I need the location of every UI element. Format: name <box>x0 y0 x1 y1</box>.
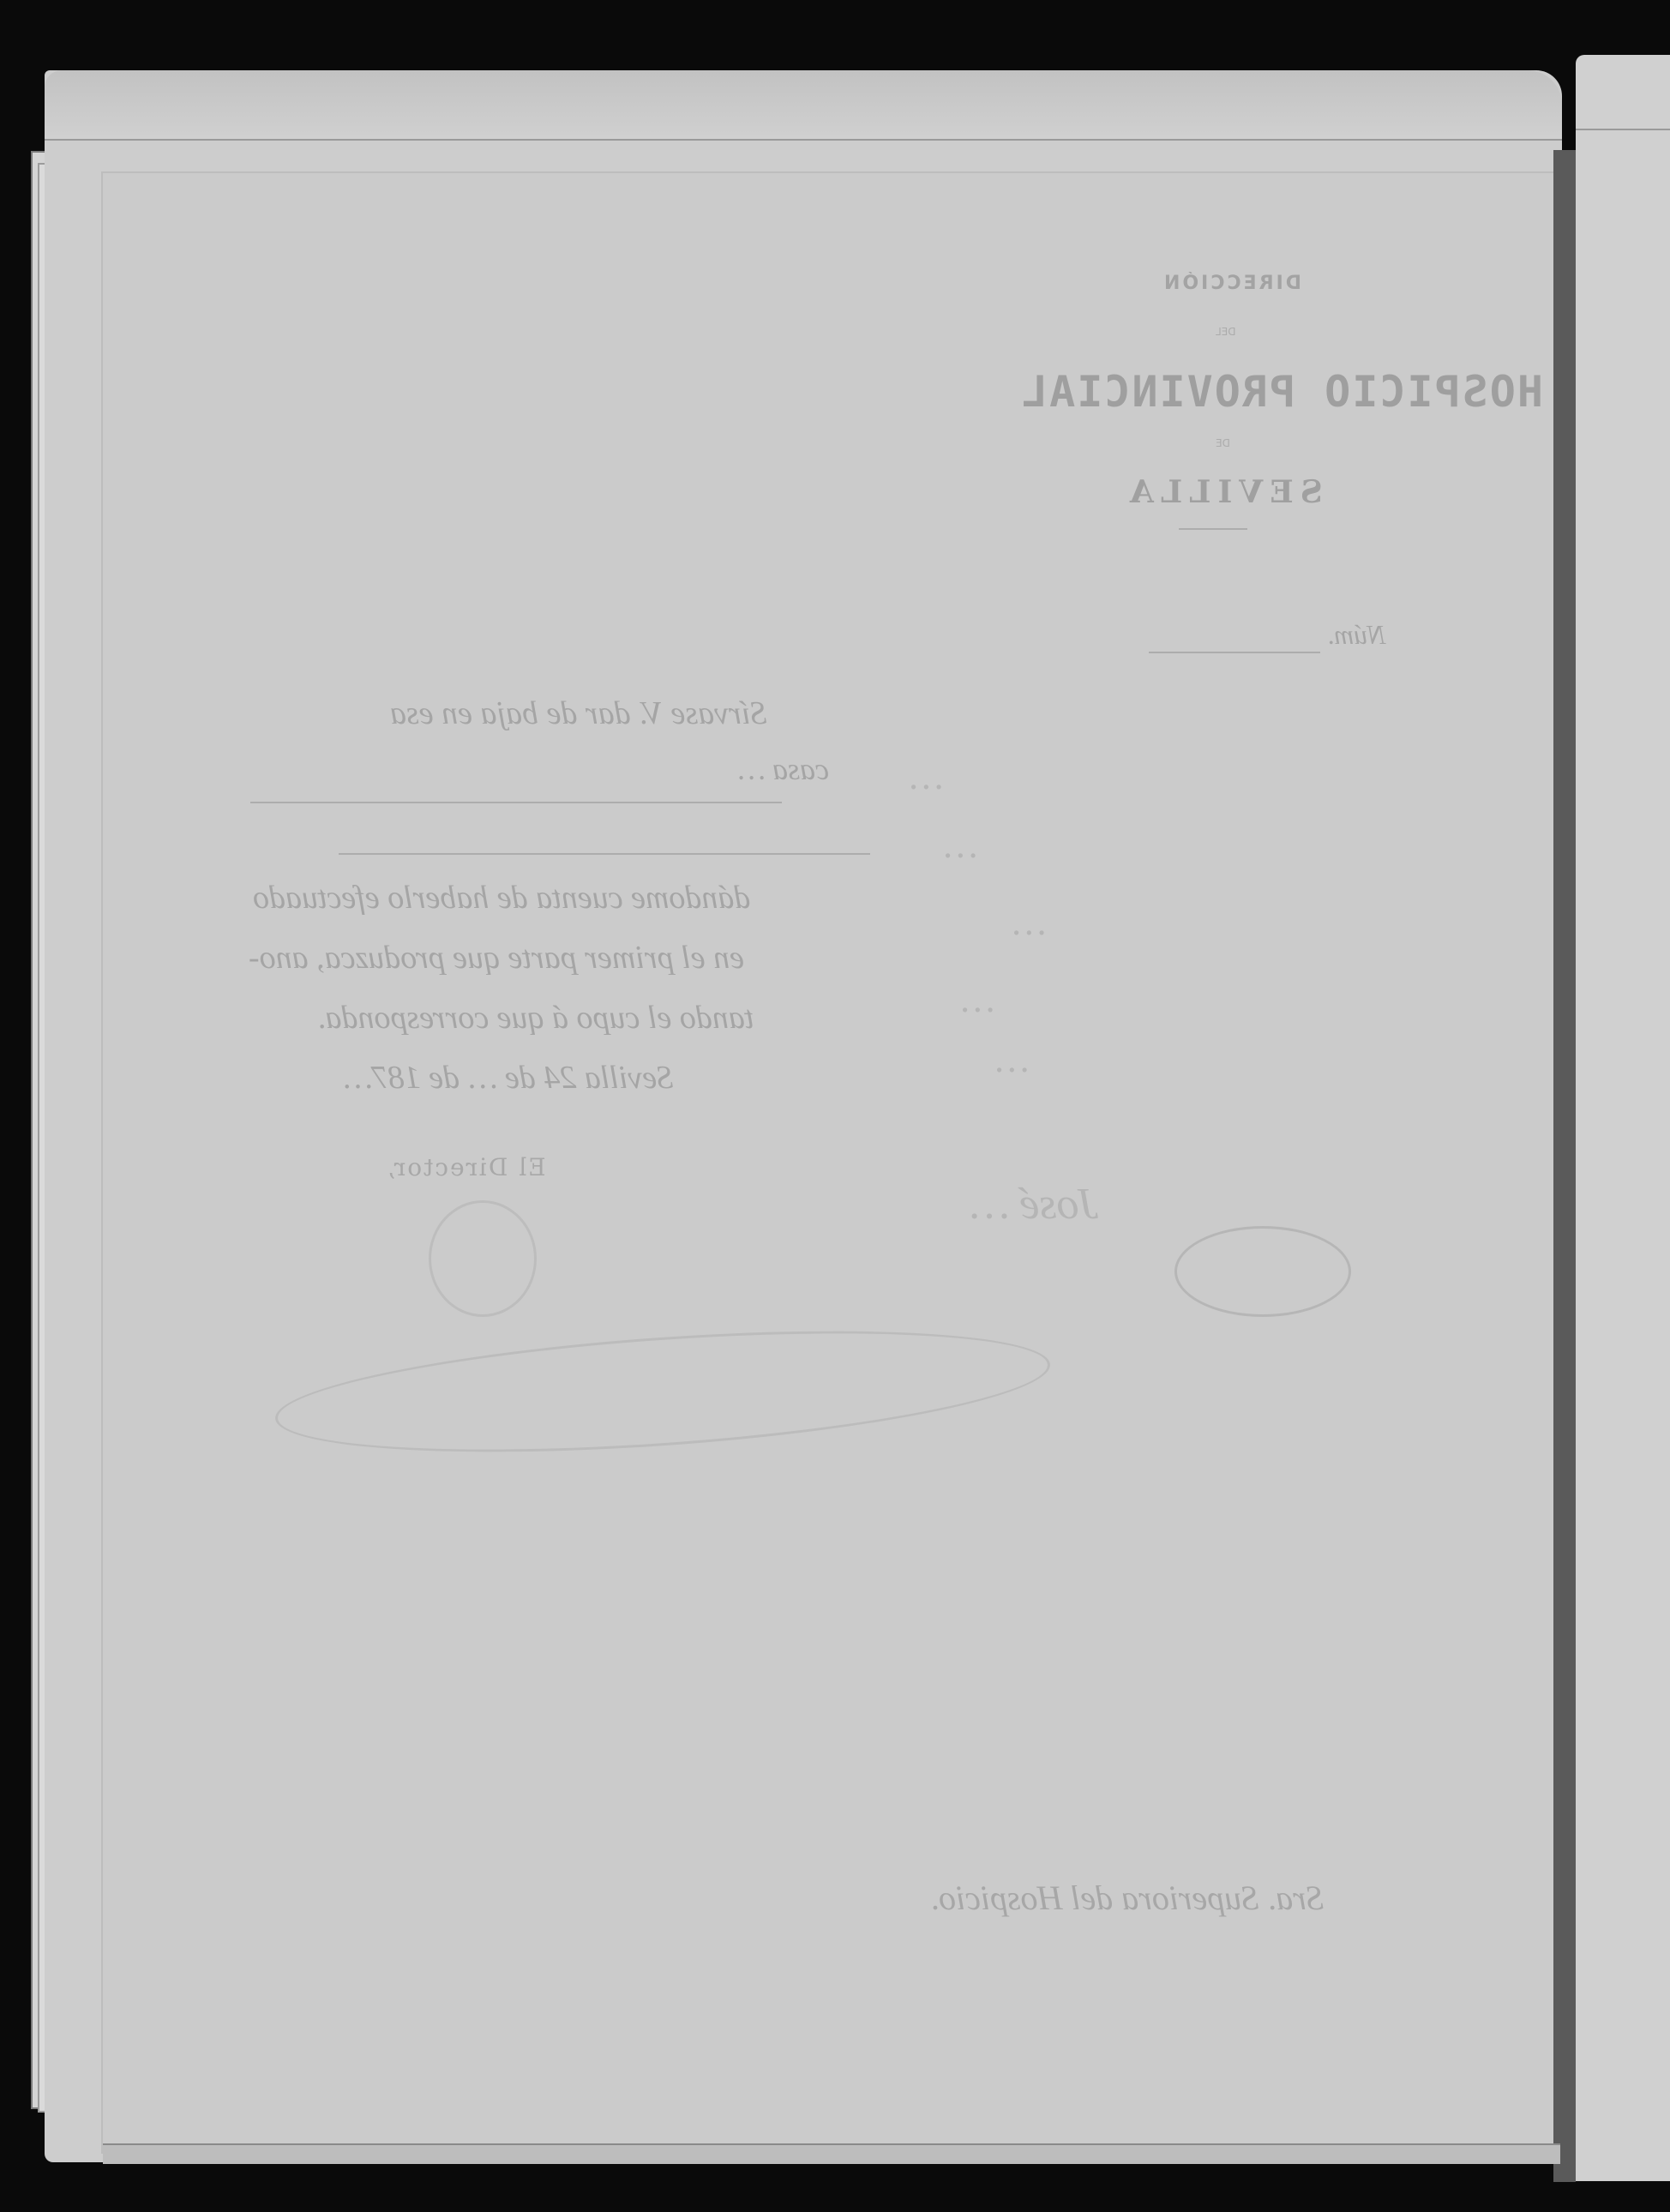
handwritten-line: … <box>909 754 942 798</box>
binding-gutter-shadow <box>1553 150 1576 2182</box>
page-bottom-edge <box>103 2143 1560 2164</box>
handwritten-line: … <box>1012 900 1045 944</box>
body-line: en el primer parte que produzca, ano- <box>249 939 744 977</box>
handwritten-line: … <box>943 823 976 867</box>
letterhead-del: DEL <box>1216 326 1236 338</box>
inner-sheet <box>101 171 1560 2154</box>
signature-flourish <box>1174 1226 1351 1317</box>
letterhead-direccion: DIRECCIÓN <box>1162 273 1301 294</box>
number-label: Núm. <box>1327 619 1385 651</box>
facing-page <box>1576 55 1670 2181</box>
body-line: Sírvase V. dar de baja en esa <box>390 694 766 732</box>
handwritten-signature: José … <box>969 1179 1099 1229</box>
addressee: Sra. Superiora del Hospicio. <box>930 1878 1324 1918</box>
body-line: casa … <box>737 751 829 787</box>
letterhead-rule <box>1179 528 1247 530</box>
body-line: dándome cuenta de haberlo efectuado <box>253 879 750 917</box>
letterhead-de: DE <box>1216 437 1230 449</box>
page-top-edge <box>45 70 1562 141</box>
body-line: tando el cupo á que corresponda. <box>317 999 754 1037</box>
body-fill-line <box>250 802 782 803</box>
number-field-line <box>1149 652 1320 653</box>
signature-flourish <box>429 1200 537 1317</box>
handwritten-line: … <box>960 977 994 1021</box>
facing-page-edge-line <box>1576 129 1670 130</box>
letterhead-hospicio-provincial: HOSPICIO PROVINCIAL <box>1020 367 1543 417</box>
body-fill-line <box>339 853 870 855</box>
handwritten-line: … <box>994 1037 1028 1081</box>
signature-title: El Director, <box>386 1153 546 1181</box>
body-line: Sevilla 24 de … de 187… <box>343 1059 673 1097</box>
letterhead-sevilla: SEVILLA <box>1123 474 1323 510</box>
